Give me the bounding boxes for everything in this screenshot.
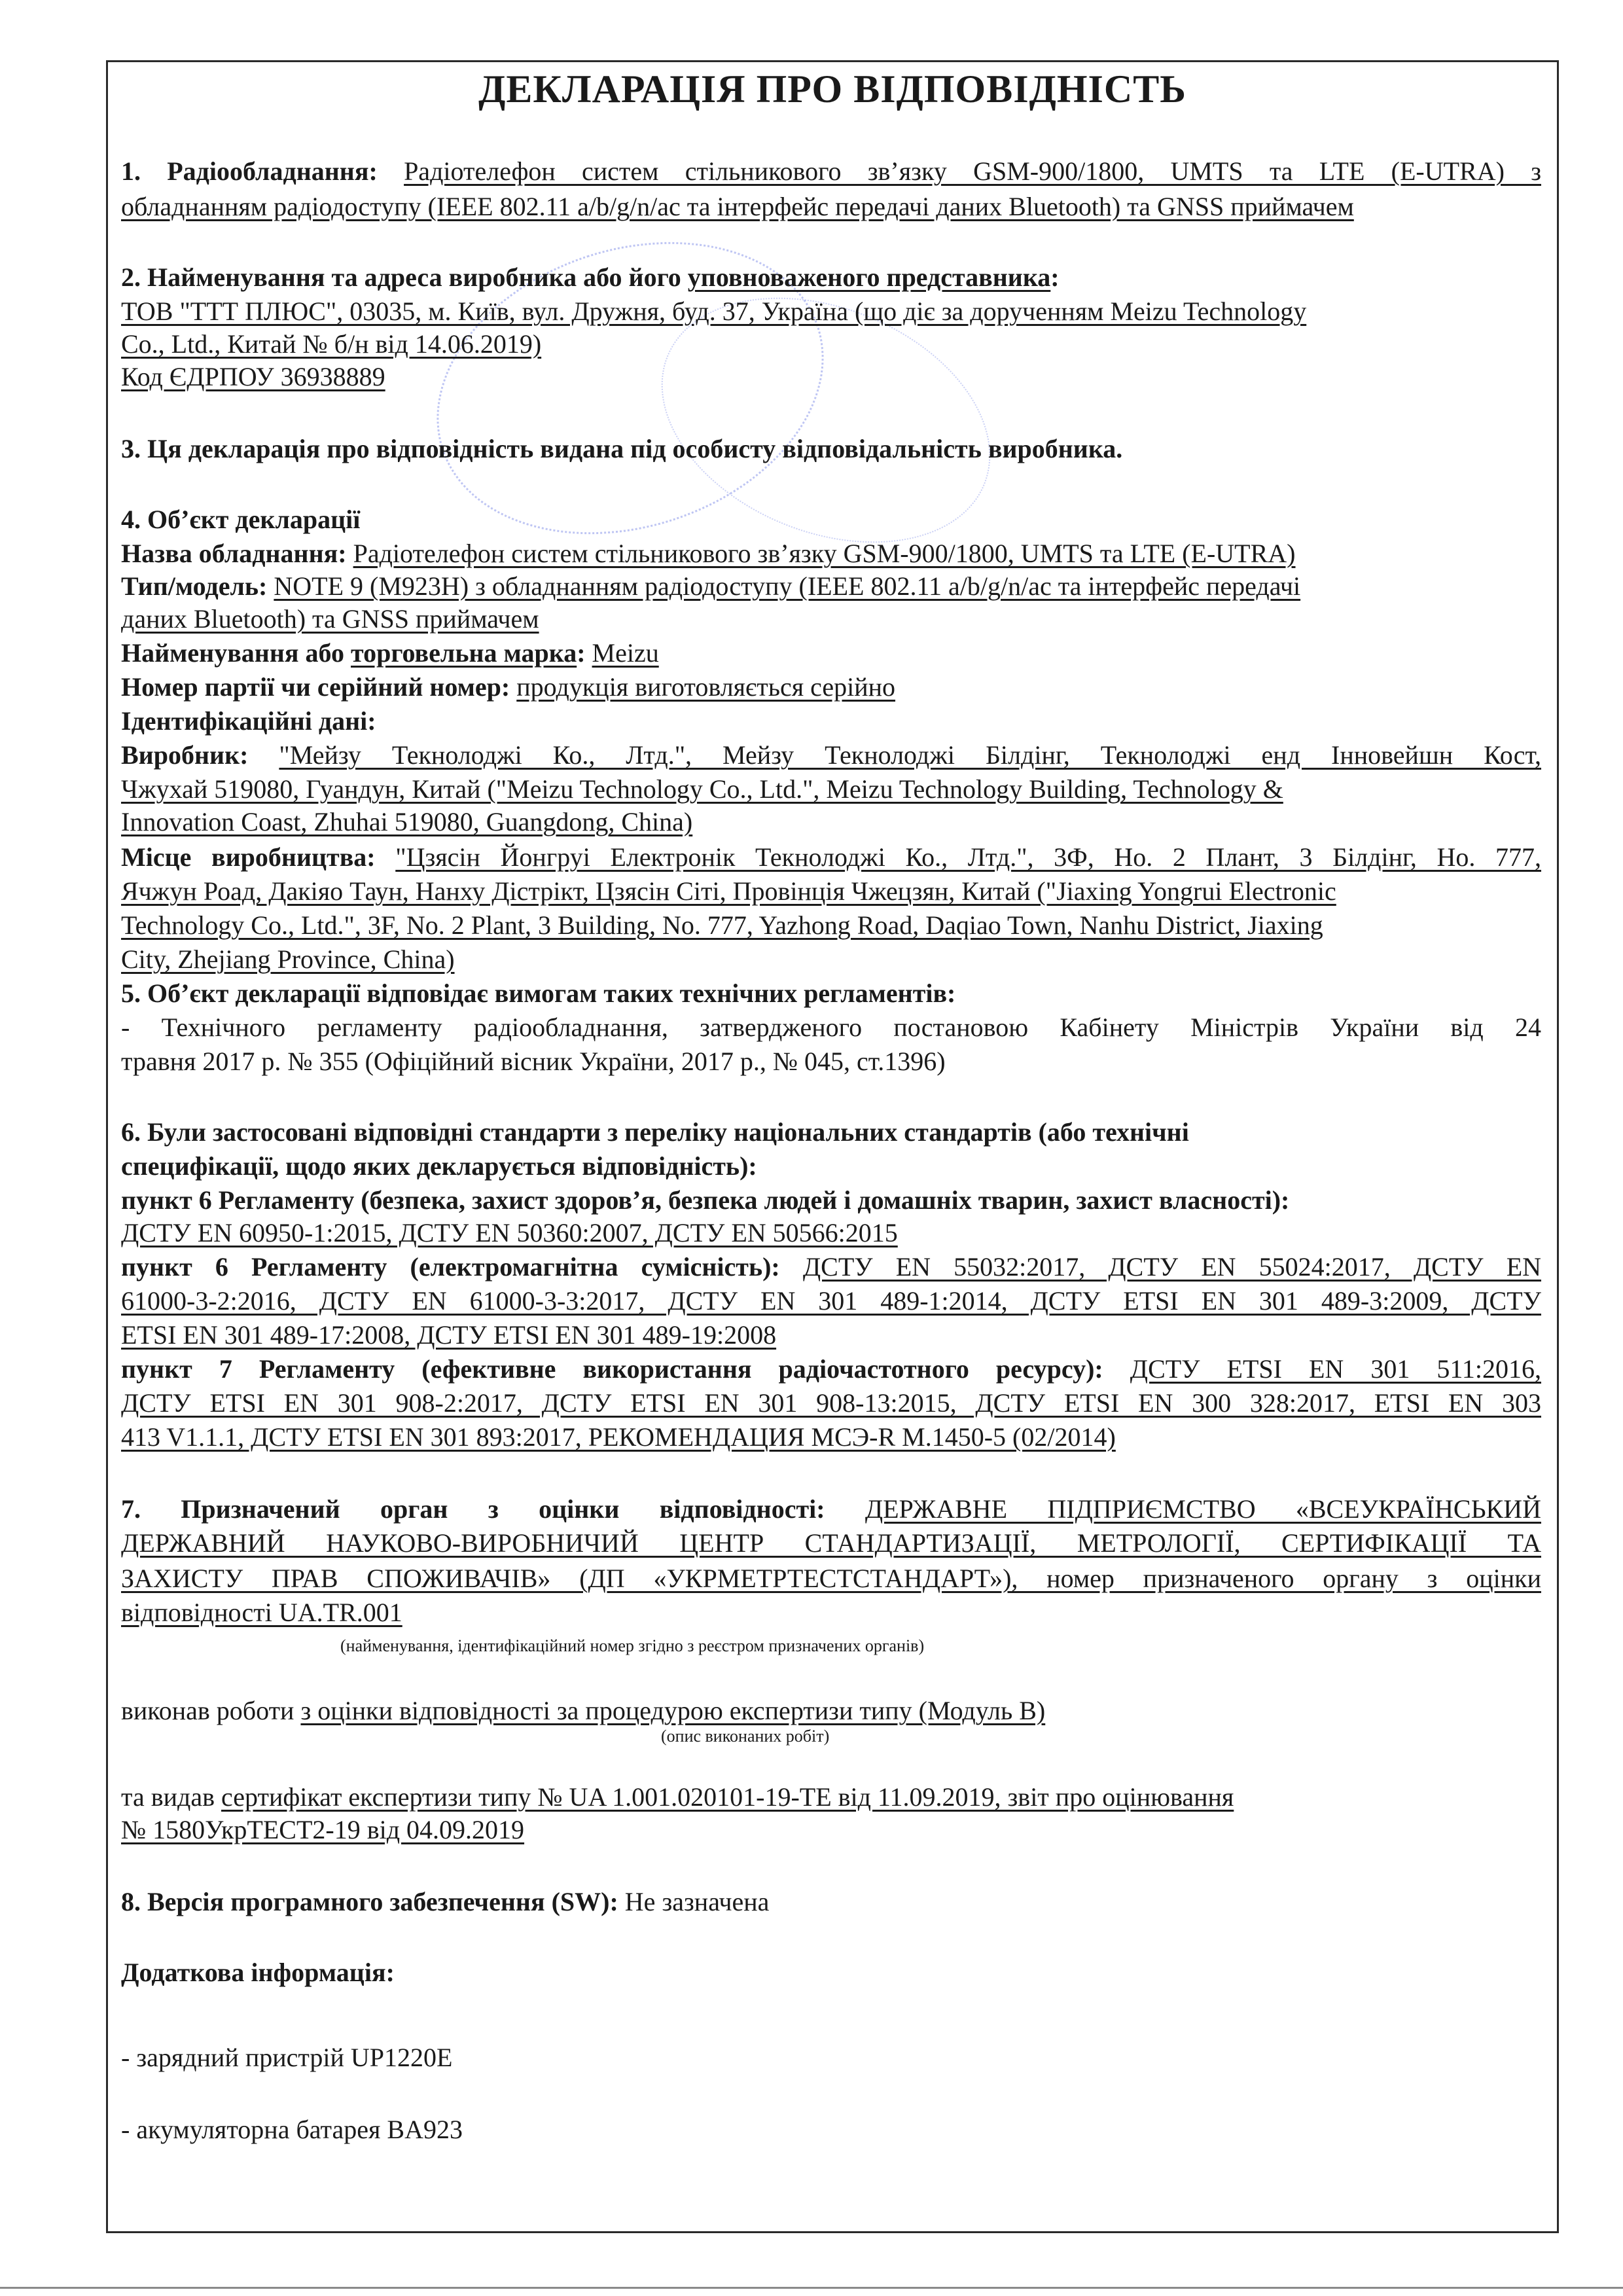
radio-spectrum-line-2: ДСТУ ETSI EN 301 908-2:2017, ДСТУ ETSI E… — [121, 1388, 1541, 1419]
software-version-value: Не зазначена — [618, 1887, 770, 1916]
production-site-line-2: Ячжун Роад, Дакіяо Таун, Нанху Дістрікт,… — [121, 876, 1336, 907]
production-site-label: Місце виробництва: — [121, 842, 376, 872]
safety-standards: ДСТУ EN 60950-1:2015, ДСТУ EN 50360:2007… — [121, 1217, 898, 1249]
software-version-label: 8. Версія програмного забезпечення (SW): — [121, 1887, 618, 1916]
regulation-line-1: - Технічного регламенту радіообладнання,… — [121, 1012, 1541, 1043]
notified-body-name-1: ДЕРЖАВНЕ ПІДПРИЄМСТВО «ВСЕУКРАЇНСЬКИЙ — [865, 1494, 1541, 1524]
section-6-heading-line-2: специфікації, щодо яких декларується від… — [121, 1151, 757, 1182]
certificate-value: сертифікат експертизи типу № UA 1.001.02… — [221, 1782, 1234, 1812]
work-performed-line: виконав роботи з оцінки відповідності за… — [121, 1695, 1045, 1727]
emc-label: пункт 6 Регламенту (електромагнітна сумі… — [121, 1252, 780, 1282]
emc-line-2: 61000-3-2:2016, ДСТУ EN 61000-3-3:2017, … — [121, 1285, 1541, 1317]
section-5-heading: 5. Об’єкт декларації відповідає вимогам … — [121, 978, 955, 1009]
serial-label: Номер партії чи серійний номер: — [121, 672, 510, 702]
model-label: Тип/модель: — [121, 571, 267, 601]
safety-clause-label: пункт 6 Регламенту (безпека, захист здор… — [121, 1185, 1289, 1216]
emc-line-3: ETSI EN 301 489-17:2008, ДСТУ ETSI EN 30… — [121, 1319, 776, 1351]
radio-spectrum-label: пункт 7 Регламенту (ефективне використан… — [121, 1354, 1103, 1384]
emc-standards-1: ДСТУ EN 55032:2017, ДСТУ EN 55024:2017, … — [803, 1252, 1541, 1282]
notified-body-line-3: ЗАХИСТУ ПРАВ СПОЖИВАЧІВ» (ДП «УКРМЕТРТЕС… — [121, 1563, 1541, 1594]
scan-edge-line — [0, 2287, 1623, 2289]
document-title: ДЕКЛАРАЦІЯ ПРО ВІДПОВІДНІСТЬ — [106, 65, 1559, 113]
radio-spectrum-line-1: пункт 7 Регламенту (ефективне використан… — [121, 1354, 1541, 1385]
work-performed-value: з оцінки відповідності за процедурою екс… — [300, 1696, 1045, 1725]
authorized-representative-label: уповноваженого представника — [688, 262, 1051, 292]
section-1-label: 1. Радіообладнання: — [121, 156, 378, 186]
edrpou-code: Код ЄДРПОУ 36938889 — [121, 361, 385, 393]
additional-item-battery: - акумуляторна батарея BA923 — [121, 2114, 463, 2145]
serial-line: Номер партії чи серійний номер: продукці… — [121, 672, 895, 703]
certificate-line-1: та видав сертифікат експертизи типу № UA… — [121, 1782, 1234, 1813]
section-2-label: 2. Найменування та адреса виробника або … — [121, 262, 688, 292]
section-6-heading-line-1: 6. Були застосовані відповідні стандарти… — [121, 1117, 1189, 1148]
equipment-name-label: Назва обладнання: — [121, 539, 347, 568]
serial-value: продукція виготовляється серійно — [516, 672, 895, 702]
manufacturer-line-2: Чжухай 519080, Гуандун, Китай ("Meizu Te… — [121, 774, 1283, 805]
section-1-line-1: 1. Радіообладнання: Радіотелефон систем … — [121, 156, 1541, 187]
section-2-heading: 2. Найменування та адреса виробника або … — [121, 262, 1060, 293]
additional-info-heading: Додаткова інформація: — [121, 1957, 395, 1988]
representative-address-line-2: Co., Ltd., Китай № б/н від 14.06.2019) — [121, 329, 541, 360]
production-site-value: "Цзясін Йонгруі Електронік Текнолоджі Ко… — [395, 842, 1541, 872]
brand-label: Найменування або — [121, 638, 351, 668]
manufacturer-line-3: Innovation Coast, Zhuhai 519080, Guangdo… — [121, 806, 692, 838]
representative-address-line-1: ТОВ "ТТТ ПЛЮС", 03035, м. Київ, вул. Дру… — [121, 296, 1306, 327]
model-value: NOTE 9 (M923H) з обладнанням радіодоступ… — [274, 571, 1300, 601]
regulation-line-2: травня 2017 р. № 355 (Офіційний вісник У… — [121, 1046, 946, 1077]
manufacturer-label: Виробник: — [121, 740, 248, 770]
notified-body-line-1: 7. Призначений орган з оцінки відповідно… — [121, 1494, 1541, 1525]
notified-body-caption: (найменування, ідентифікаційний номер зг… — [340, 1636, 924, 1656]
manufacturer-line-1: Виробник: "Мейзу Текнолоджі Ко., Лтд.", … — [121, 740, 1541, 771]
production-site-line-3: Technology Co., Ltd.", 3F, No. 2 Plant, … — [121, 910, 1323, 941]
production-site-line-4: City, Zhejiang Province, China) — [121, 944, 455, 975]
model-line-2: даних Bluetooth) та GNSS приймачем — [121, 603, 539, 635]
work-performed-prefix: виконав роботи — [121, 1696, 300, 1725]
notified-body-line-2: ДЕРЖАВНИЙ НАУКОВО-ВИРОБНИЧИЙ ЦЕНТР СТАНД… — [121, 1528, 1541, 1559]
equipment-name-line: Назва обладнання: Радіотелефон систем ст… — [121, 538, 1296, 569]
work-performed-caption: (опис виконаних робіт) — [661, 1727, 829, 1746]
certificate-prefix: та видав — [121, 1782, 221, 1812]
notified-body-label: 7. Призначений орган з оцінки відповідно… — [121, 1494, 825, 1524]
colon: : — [577, 638, 585, 668]
emc-line-1: пункт 6 Регламенту (електромагнітна сумі… — [121, 1251, 1541, 1283]
brand-value: Meizu — [592, 638, 659, 668]
section-4-heading: 4. Об’єкт декларації — [121, 504, 360, 535]
software-version-line: 8. Версія програмного забезпечення (SW):… — [121, 1886, 769, 1918]
certificate-line-2: № 1580УкрТЕСТ2-19 від 04.09.2019 — [121, 1814, 524, 1846]
radio-spectrum-line-3: 413 V1.1.1, ДСТУ ETSI EN 301 893:2017, Р… — [121, 1422, 1116, 1453]
equipment-name-value: Радіотелефон систем стільникового зв’язк… — [353, 539, 1296, 568]
model-line-1: Тип/модель: NOTE 9 (M923H) з обладнанням… — [121, 571, 1300, 602]
colon: : — [1050, 262, 1059, 292]
additional-item-charger: - зарядний пристрій UP1220E — [121, 2042, 452, 2073]
radio-spectrum-standards-1: ДСТУ ETSI EN 301 511:2016, — [1130, 1354, 1541, 1384]
identification-heading: Ідентифікаційні дані: — [121, 706, 376, 737]
section-3-statement: 3. Ця декларація про відповідність видан… — [121, 433, 1122, 465]
manufacturer-value: "Мейзу Текнолоджі Ко., Лтд.", Мейзу Текн… — [279, 740, 1541, 770]
trademark-label: торговельна марка — [351, 638, 577, 668]
production-site-line-1: Місце виробництва: "Цзясін Йонгруі Елект… — [121, 842, 1541, 873]
section-1-line-2: обладнанням радіодоступу (IEEE 802.11 a/… — [121, 191, 1354, 223]
radio-equipment-value: Радіотелефон систем стільникового зв’язк… — [404, 156, 1541, 186]
notified-body-id: відповідності UA.TR.001 — [121, 1597, 402, 1628]
brand-line: Найменування або торговельна марка: Meiz… — [121, 637, 659, 669]
